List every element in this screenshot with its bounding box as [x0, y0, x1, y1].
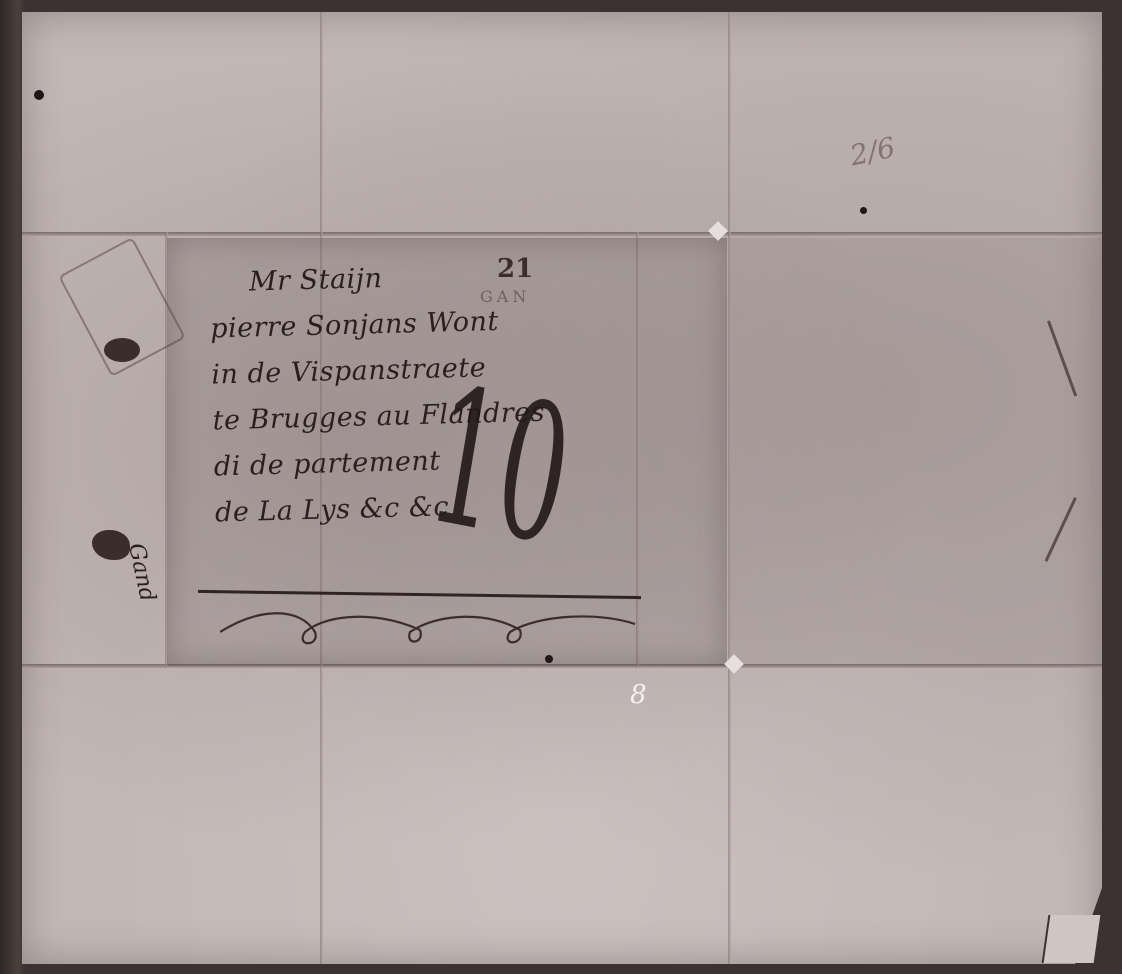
folded-corner: [1042, 915, 1101, 963]
ink-spot: [545, 655, 553, 663]
wax-seal-mark: [104, 338, 140, 362]
manuscript-rate-mark: 10: [429, 360, 572, 574]
white-mark: 8: [630, 680, 647, 710]
fold-line-upper: [22, 232, 1102, 236]
flourish-ornament: [220, 602, 640, 652]
right-panel: [730, 238, 1102, 666]
ink-spot: [860, 207, 867, 214]
ink-spot: [34, 90, 44, 100]
